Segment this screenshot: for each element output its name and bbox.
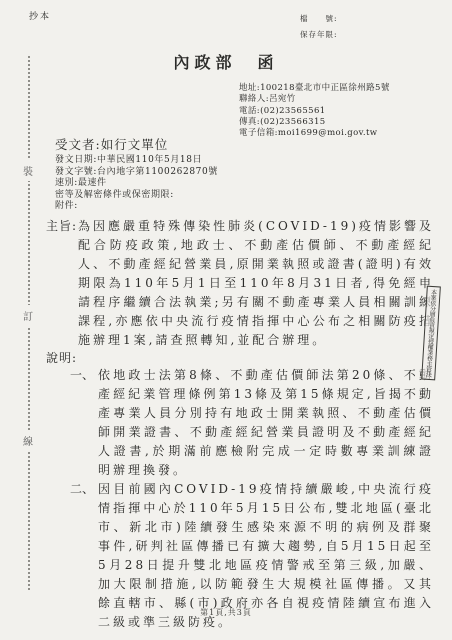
page-indicator: 第1頁,共3頁 — [0, 607, 452, 618]
item-number: 一、 — [70, 366, 98, 480]
page-title: 內政部 函 — [0, 50, 452, 73]
sender-phone: 電話:(02)23565561 — [239, 106, 390, 117]
speed-class: 速別:最速件 — [55, 178, 218, 190]
binding-mark-ding: 訂 — [23, 305, 33, 326]
document-page: 抄本 檔 號: 保存年限: 內政部 函 地址:100218臺北市中正區徐州路5號… — [0, 0, 452, 640]
security-class: 密等及解密條件或保密期限: — [55, 190, 218, 202]
explanation-label: 說明: — [46, 349, 77, 366]
sender-contact-block: 地址:100218臺北市中正區徐州路5號 聯絡人:呂宛竹 電話:(02)2356… — [239, 83, 390, 139]
binding-mark-zhuang: 裝 — [23, 160, 33, 181]
document-meta-block: 發文日期:中華民國110年5月18日 發文字號:台內地字第1100262870號… — [55, 155, 218, 213]
issue-date: 發文日期:中華民國110年5月18日 — [55, 155, 218, 167]
copy-label: 抄本 — [29, 9, 51, 22]
recipient-line: 受文者:如行文單位 — [55, 135, 168, 153]
subject-text: 為因應嚴重特殊傳染性肺炎(COVID-19)疫情影響及配合防疫政策,地政士、不動… — [78, 217, 434, 350]
item-text: 依地政士法第8條、不動產估價師法第20條、不動產經紀業管理條例第13條及第15條… — [98, 366, 434, 480]
file-number-label: 檔 號: — [300, 11, 338, 27]
attachment-line: 附件: — [55, 201, 218, 213]
explanation-items: 一、 依地政士法第8條、不動產估價師法第20條、不動產經紀業管理條例第13條及第… — [70, 366, 434, 632]
subject-section: 主旨: 為因應嚴重特殊傳染性肺炎(COVID-19)疫情影響及配合防疫政策,地政… — [46, 217, 434, 350]
sender-fax: 傳真:(02)23566315 — [239, 117, 390, 128]
sender-contact-person: 聯絡人:呂宛竹 — [239, 94, 390, 105]
archive-block: 檔 號: 保存年限: — [300, 11, 338, 43]
sender-email: 電子信箱:moi1699@moi.gov.tw — [239, 128, 390, 139]
explanation-item: 一、 依地政士法第8條、不動產估價師法第20條、不動產經紀業管理條例第13條及第… — [70, 366, 434, 480]
subject-label: 主旨: — [46, 217, 78, 350]
binding-mark-xian: 線 — [23, 430, 33, 451]
sender-address: 地址:100218臺北市中正區徐州路5號 — [239, 83, 390, 94]
retention-period-label: 保存年限: — [300, 27, 338, 43]
document-number: 發文字號:台內地字第1100262870號 — [55, 167, 218, 179]
